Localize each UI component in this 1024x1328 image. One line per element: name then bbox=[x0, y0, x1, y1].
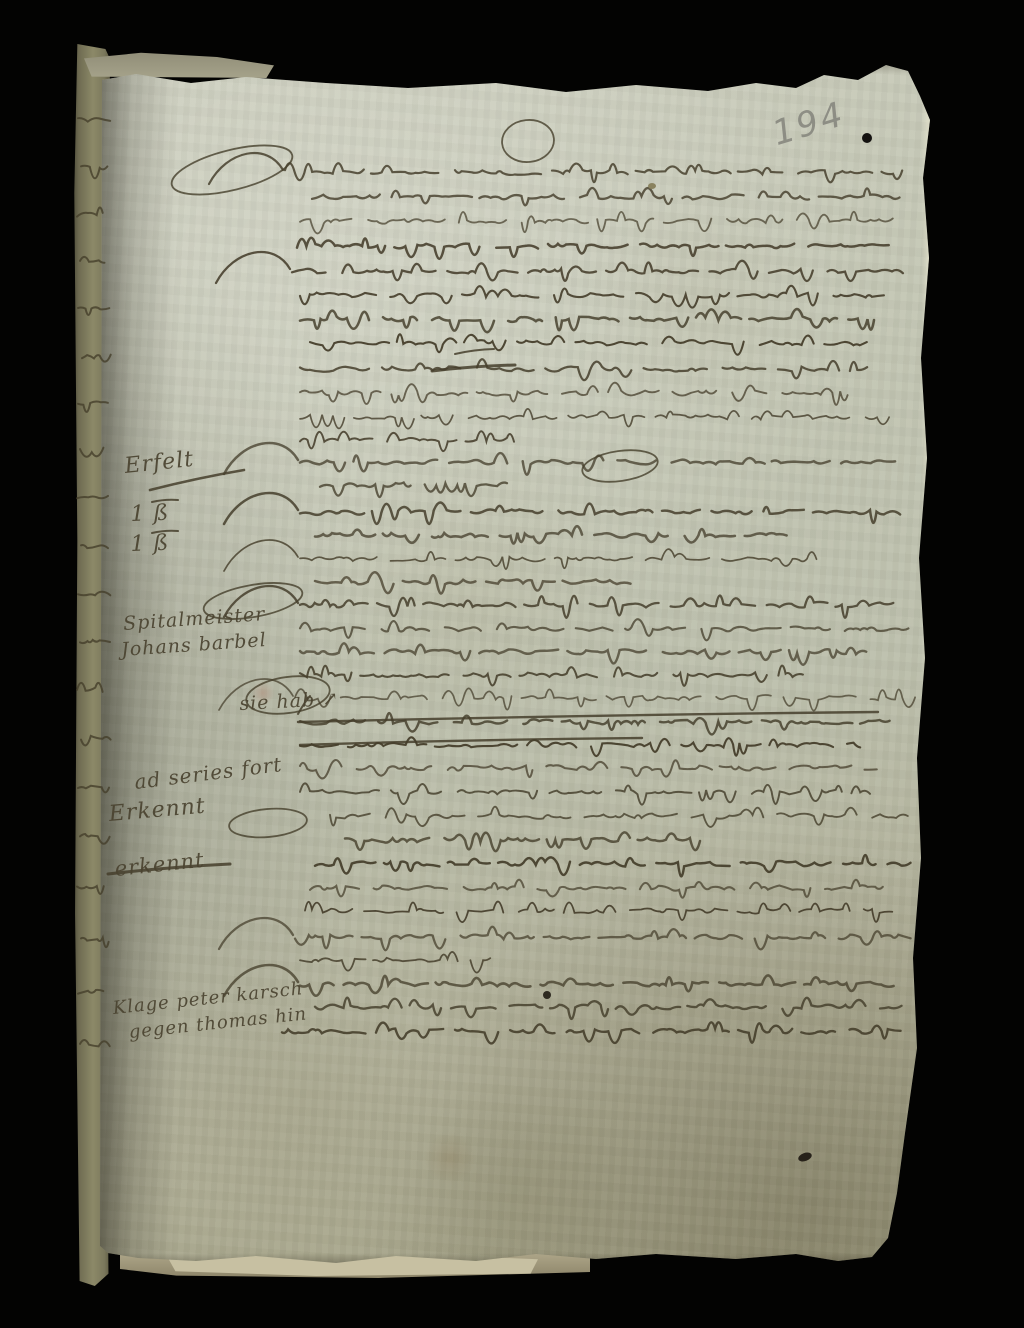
manuscript-page bbox=[96, 58, 934, 1273]
scanner-background: Erfelt1 ß1 ßSpitalmeisterJohans barbelsi… bbox=[0, 0, 1024, 1328]
deckle-edge-highlight bbox=[918, 88, 934, 1263]
stain bbox=[424, 1132, 476, 1184]
margin-note: 1 ß bbox=[130, 501, 170, 527]
stain bbox=[310, 440, 630, 760]
margin-note: 1 ß bbox=[130, 531, 170, 557]
binding-shadow bbox=[96, 58, 176, 1273]
paper-grain bbox=[96, 58, 934, 1273]
underlying-page-flap-top bbox=[84, 50, 274, 78]
stain bbox=[580, 180, 820, 420]
